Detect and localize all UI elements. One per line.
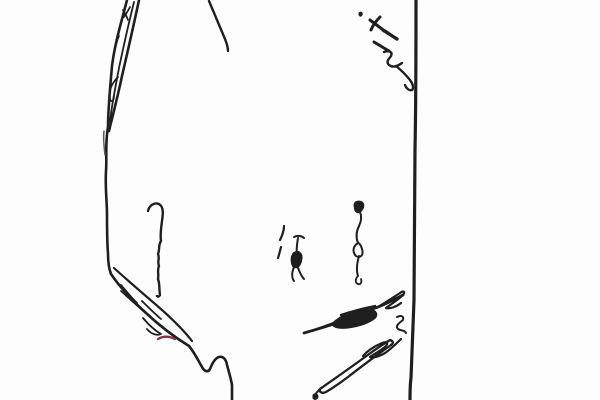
hatch-dot: [359, 12, 362, 16]
squiggle-b-head: [354, 201, 363, 212]
sketch-canvas: [0, 0, 600, 400]
lower-band-dot: [313, 394, 318, 399]
sketch-page: [0, 0, 600, 400]
squiggle-a-blob: [292, 252, 302, 267]
sketch-background: [0, 0, 600, 400]
